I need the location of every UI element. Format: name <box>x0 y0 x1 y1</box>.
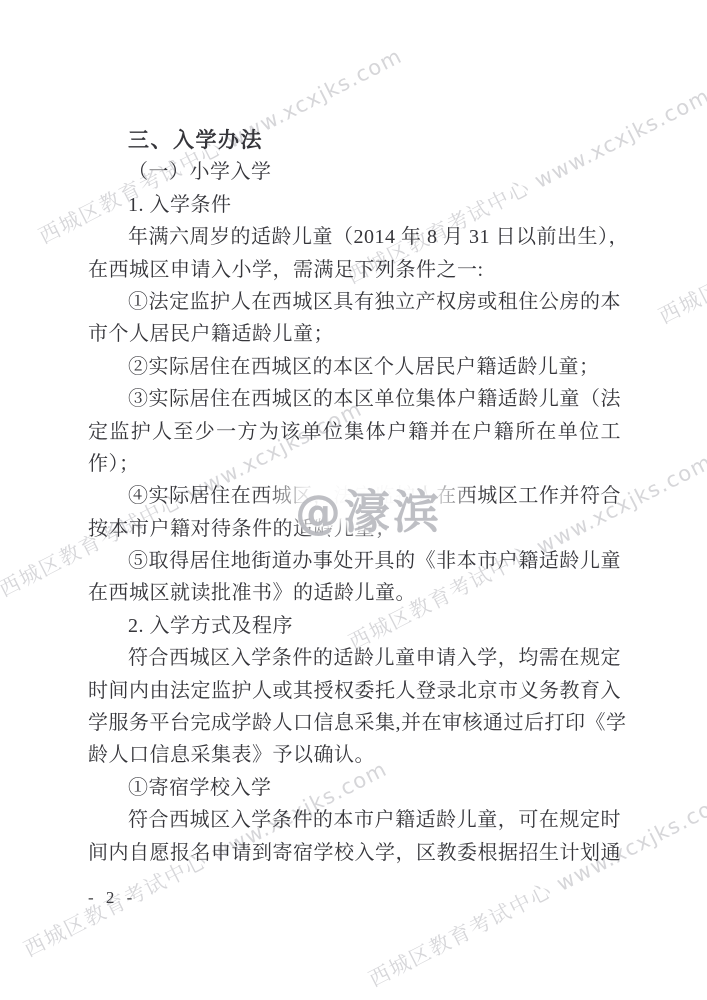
text-line: 学服务平台完成学龄人口信息采集,并在审核通过后打印《学 <box>88 707 621 739</box>
page-number: - 2 - <box>88 888 136 908</box>
section-heading-line: 三、入学办法 <box>88 124 621 156</box>
text-line: 按本市户籍对待条件的适龄儿童； <box>88 513 621 545</box>
watermark-site-text: 西城区教育考试中心 www.xcxjks.com <box>653 120 707 330</box>
text-line: ④实际居住在西城区，法定监护人在西城区工作并符合 <box>88 480 621 512</box>
text-line: （一）小学入学 <box>88 156 621 188</box>
text-line: 在西城区就读批准书》的适龄儿童。 <box>88 577 621 609</box>
text-line: 符合西城区入学条件的本市户籍适龄儿童，可在规定时 <box>88 804 621 836</box>
text-line: 市个人居民户籍适龄儿童； <box>88 318 621 350</box>
text-line: ①寄宿学校入学 <box>88 772 621 804</box>
text-line: 年满六周岁的适龄儿童（2014 年 8 月 31 日以前出生）， <box>88 221 621 253</box>
text-line: 在西城区申请入小学，需满足下列条件之一: <box>88 254 621 286</box>
document-page: 西城区教育考试中心 www.xcxjks.com西城区教育考试中心 www.xc… <box>0 0 707 1000</box>
text-line: 时间内由法定监护人或其授权委托人登录北京市义务教育入 <box>88 675 621 707</box>
text-line: ⑤取得居住地街道办事处开具的《非本市户籍适龄儿童 <box>88 545 621 577</box>
text-line: ②实际居住在西城区的本区个人居民户籍适龄儿童； <box>88 351 621 383</box>
text-line: 作）； <box>88 448 621 480</box>
text-line: 定监护人至少一方为该单位集体户籍并在户籍所在单位工 <box>88 416 621 448</box>
text-line: 2. 入学方式及程序 <box>88 610 621 642</box>
text-line: 符合西城区入学条件的适龄儿童申请入学，均需在规定 <box>88 642 621 674</box>
text-line: ①法定监护人在西城区具有独立产权房或租住公房的本 <box>88 286 621 318</box>
text-line: 龄人口信息采集表》予以确认。 <box>88 739 621 771</box>
text-line: ③实际居住在西城区的本区单位集体户籍适龄儿童（法 <box>88 383 621 415</box>
document-text-block: 三、入学办法（一）小学入学1. 入学条件年满六周岁的适龄儿童（2014 年 8 … <box>88 124 621 869</box>
text-line: 间内自愿报名申请到寄宿学校入学，区教委根据招生计划通 <box>88 837 621 869</box>
text-line: 1. 入学条件 <box>88 189 621 221</box>
